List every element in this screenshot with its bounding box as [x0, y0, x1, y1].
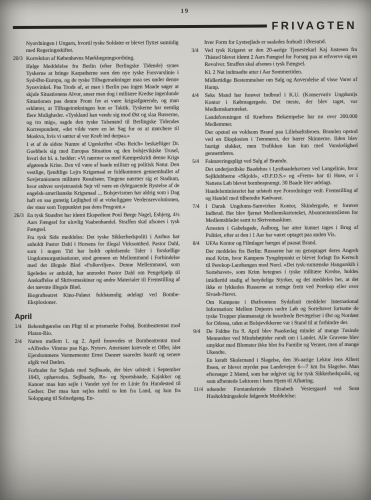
log-entry: 9/4De Faldne fra 9. April blev Paaskedag…: [193, 328, 359, 357]
entry-text: Landsforeningen til Kræftens Bekæmpelse …: [205, 114, 358, 129]
log-entry: Der opstod en voldsom Brand paa Lillebæl…: [192, 129, 358, 158]
log-entry: 2/4Natten mellem 1. og 2. April forøvede…: [15, 338, 181, 367]
masthead: FRIVAGTEN: [13, 19, 357, 34]
entry-text: I Dansk Ungdoms-Samvirkes Kontor, Skinde…: [205, 203, 358, 225]
log-entry: Biografteatret Kino-Palæet fuldstændig ø…: [15, 292, 181, 307]
entry-text: Handelsministeriet har udstedt nye Foror…: [205, 188, 358, 203]
entry-text: Nyordningen i Ungarn, hvortil tyske Sold…: [26, 40, 179, 55]
entry-date: [14, 142, 27, 212]
entry-date: [13, 41, 26, 55]
log-entry: hver Form for Lystsejlads er saaledes fo…: [191, 39, 357, 47]
entry-date: [193, 249, 206, 298]
entry-text: Bekendtgørelse om Pligt til at prismærke…: [28, 323, 181, 338]
entry-text: Korrektion af Københavns Mørklægningsord…: [26, 55, 179, 63]
entry-text: hver Form for Lystsejlads er saaledes fo…: [204, 39, 357, 47]
entry-text: Der meddeles fra Berlin: Russerne har nu…: [206, 248, 359, 298]
entry-text: Forbudet for Sejlads med Sejlbaade, der …: [28, 367, 181, 403]
entry-date: 2/4: [15, 339, 28, 367]
entry-date: [193, 299, 206, 327]
entry-text: Arresten i Gabelsgade, Aalborg, har atte…: [206, 225, 359, 240]
log-entry: 20/3Korrektion af Københavns Mørklægning…: [13, 55, 179, 63]
entry-text: Kl. 2 Nat indtraadte atter i Aar Sommert…: [205, 69, 358, 77]
log-entry: Forbudet for Sejlads med Sejlbaade, der …: [15, 367, 181, 403]
log-entry: Det underjordiske Baadehus i Lystbaadeha…: [192, 166, 358, 188]
entry-text: Det underjordiske Baadehus i Lystbaadeha…: [205, 166, 358, 188]
right-column: hver Form for Lystsejlads er saaledes fo…: [191, 39, 359, 404]
page-content: 19 FRIVAGTEN Nyordningen i Ungarn, hvort…: [13, 7, 359, 405]
entry-text: Ved tysk Krigsret er den 20-aarige Tjene…: [205, 47, 358, 69]
entry-date: [192, 189, 205, 203]
entry-date: [15, 368, 28, 403]
log-entry: 7/4I Dansk Ungdoms-Samvirkes Kontor, Ski…: [192, 203, 358, 225]
log-entry: Landsforeningen til Kræftens Bekæmpelse …: [192, 114, 358, 129]
entry-date: 20/3: [13, 56, 26, 63]
log-entry: Arresten i Gabelsgade, Aalborg, har atte…: [193, 225, 359, 240]
entry-text: De Faldne fra 9. April blev Paaskedag mi…: [206, 328, 359, 357]
entry-date: [192, 70, 205, 77]
entry-date: [192, 167, 205, 188]
entry-date: [15, 293, 28, 307]
entry-date: 7/4: [192, 204, 205, 225]
entry-text: udsender Forstanderinde Elisabeth Vester…: [207, 386, 360, 401]
journal-page: 19 FRIVAGTEN Nyordningen i Ungarn, hvort…: [0, 0, 371, 500]
entry-date: [14, 235, 27, 291]
masthead-rule: [13, 25, 267, 30]
text-columns: Nyordningen i Ungarn, hvortil tyske Sold…: [13, 39, 359, 405]
log-entry: En kendt Skolemand i Slagelse, den 36-aa…: [193, 357, 359, 386]
entry-date: [191, 40, 204, 47]
entry-text: Ifølge Meddelelse fra Berlin (efter Berl…: [26, 63, 179, 141]
log-entry: 11/4udsender Forstanderinde Elisabeth Ve…: [194, 386, 360, 401]
log-entry: Om Kampene i Østfrontens Sydafsnit medde…: [193, 298, 359, 327]
left-column: Nyordningen i Ungarn, hvortil tyske Sold…: [13, 40, 181, 405]
entry-date: [192, 130, 205, 158]
log-entry: Fra tysk Side meddeles: Det tyske Sikker…: [14, 234, 180, 291]
entry-date: 5/4: [192, 159, 205, 166]
entry-text: Faktureringspligt ved Salg af Brænde.: [205, 158, 358, 166]
entry-date: [193, 226, 206, 240]
log-entry: 1/4Bekendtgørelse om Pligt til at prismæ…: [15, 323, 181, 338]
entry-text: Fra tysk Side meddeles: Det tyske Sikker…: [27, 234, 180, 291]
entry-text: Midlertidige Bestemmelser om Salg og Anv…: [205, 77, 358, 92]
log-entry: 4/4Seks Mand har forøvet Indbrud i K.U. …: [192, 92, 358, 114]
log-entry: Handelsministeriet har udstedt nye Foror…: [192, 188, 358, 203]
entry-text: Om Kampene i Østfrontens Sydafsnit medde…: [206, 298, 359, 327]
entry-text: Der opstod en voldsom Brand paa Lillebæl…: [205, 129, 358, 158]
entry-date: 4/4: [192, 93, 205, 114]
entry-date: 26/3: [14, 213, 27, 234]
entry-date: 3/4: [192, 48, 205, 69]
entry-text: Biografteatret Kino-Palæet fuldstændig ø…: [28, 292, 181, 307]
log-entry: 26/3En tysk Standret har idømt Ekspedien…: [14, 212, 180, 234]
entry-date: 1/4: [15, 324, 28, 338]
masthead-title: FRIVAGTEN: [272, 19, 357, 32]
entry-text: En tysk Standret har idømt Ekspedient Po…: [27, 212, 180, 234]
entry-date: [192, 78, 205, 92]
entry-text: I et af de sidste Numre af Ugeskriftet «…: [27, 141, 180, 212]
log-entry: 3/4Ved tysk Krigsret er den 20-aarige Tj…: [192, 47, 358, 69]
month-heading: April: [15, 311, 181, 322]
entry-date: [193, 358, 206, 386]
entry-text: Natten mellem 1. og 2. April forøvedes e…: [28, 338, 181, 367]
entry-date: 11/4: [194, 387, 207, 401]
entry-date: [13, 64, 26, 141]
page-number: 19: [13, 7, 357, 16]
log-entry: Kl. 2 Nat indtraadte atter i Aar Sommert…: [192, 69, 358, 77]
log-entry: Ifølge Meddelelse fra Berlin (efter Berl…: [13, 63, 179, 141]
log-entry: 5/4Faktureringspligt ved Salg af Brænde.: [192, 158, 358, 166]
log-entry: Der meddeles fra Berlin: Russerne har nu…: [193, 248, 359, 298]
log-entry: Midlertidige Bestemmelser om Salg og Anv…: [192, 77, 358, 92]
entry-text: Seks Mand har forøvet Indbrud i K.U. (Ko…: [205, 92, 358, 114]
entry-date: 9/4: [193, 328, 206, 356]
log-entry: Nyordningen i Ungarn, hvortil tyske Sold…: [13, 40, 179, 55]
log-entry: I et af de sidste Numre af Ugeskriftet «…: [14, 141, 180, 212]
entry-text: En kendt Skolemand i Slagelse, den 36-aa…: [206, 357, 359, 386]
entry-date: [192, 115, 205, 129]
entry-date: 8/4: [193, 241, 206, 248]
